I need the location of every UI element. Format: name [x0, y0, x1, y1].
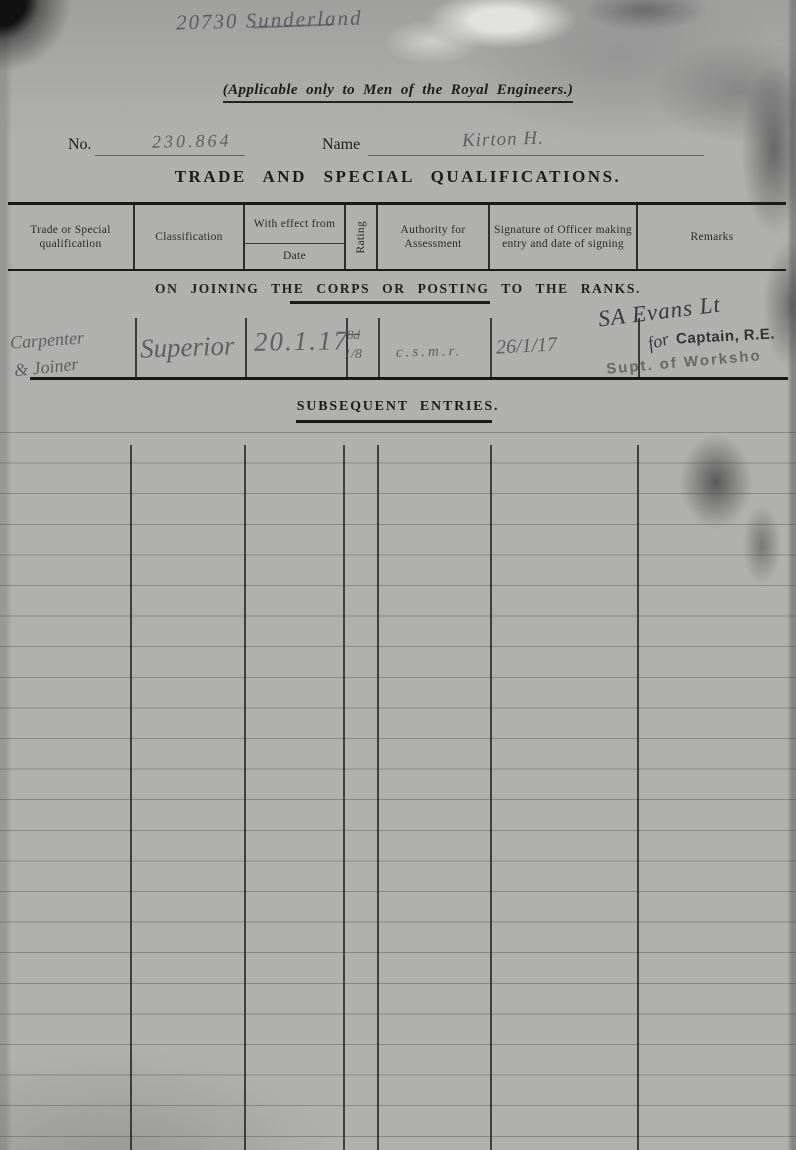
table-column-line	[130, 445, 132, 1150]
column-header-signature: Signature of Officer making entry and da…	[490, 205, 638, 269]
restriction-note-text: (Applicable only to Men of the Royal Eng…	[223, 82, 574, 103]
column-header-rating-text: Rating	[354, 221, 368, 253]
form-title: TRADE AND SPECIAL QUALIFICATIONS.	[0, 167, 796, 187]
number-underline	[95, 155, 245, 156]
pencil-annotation: 20730 Sunderland	[176, 6, 363, 36]
entry-effect-date: 20.1.17	[254, 325, 350, 358]
entry-row-bottom-rule	[30, 377, 788, 380]
ruled-lines	[0, 432, 796, 1150]
entry-column-divider	[490, 318, 492, 378]
name-underline	[368, 155, 704, 156]
entry-column-divider	[245, 318, 247, 378]
on-joining-underline	[290, 301, 490, 304]
column-header-with-effect-from: With effect from	[245, 205, 344, 244]
column-header-rating: Rating	[346, 205, 378, 269]
table-column-line	[490, 445, 492, 1150]
table-column-line	[244, 445, 246, 1150]
number-value: 230.864	[152, 130, 232, 152]
table-column-line	[377, 445, 379, 1150]
table-column-line	[637, 445, 639, 1150]
name-value: Kirton H.	[462, 128, 545, 153]
entry-classification: Superior	[139, 330, 235, 364]
entry-authority: c.s.m.r.	[396, 343, 463, 361]
on-joining-heading: ON JOINING THE CORPS OR POSTING TO THE R…	[0, 281, 796, 297]
name-label: Name	[322, 136, 360, 154]
entry-signing-date: 26/1/17	[495, 333, 557, 359]
entry-column-divider	[135, 318, 137, 378]
column-header-date: Date	[245, 244, 344, 269]
column-header-remarks: Remarks	[638, 205, 786, 269]
column-header-authority: Authority for Assessment	[378, 205, 490, 269]
number-label: No.	[68, 136, 92, 154]
table-column-line	[343, 445, 345, 1150]
subsequent-entries-heading: SUBSEQUENT ENTRIES.	[0, 399, 796, 415]
column-header-trade: Trade or Special qualification	[8, 205, 135, 269]
qualifications-table-header: Trade or Special qualification Classific…	[8, 202, 786, 271]
restriction-note: (Applicable only to Men of the Royal Eng…	[0, 82, 796, 103]
entry-rating: 1/8	[344, 347, 362, 363]
scanned-form-page: 20730 Sunderland (Applicable only to Men…	[0, 0, 796, 1150]
entry-rating-struck: 8d	[347, 327, 360, 343]
subsequent-entries-underline	[296, 420, 492, 423]
column-header-classification: Classification	[135, 205, 245, 269]
column-header-with-effect: With effect from Date	[245, 205, 346, 269]
entry-column-divider	[378, 318, 380, 378]
